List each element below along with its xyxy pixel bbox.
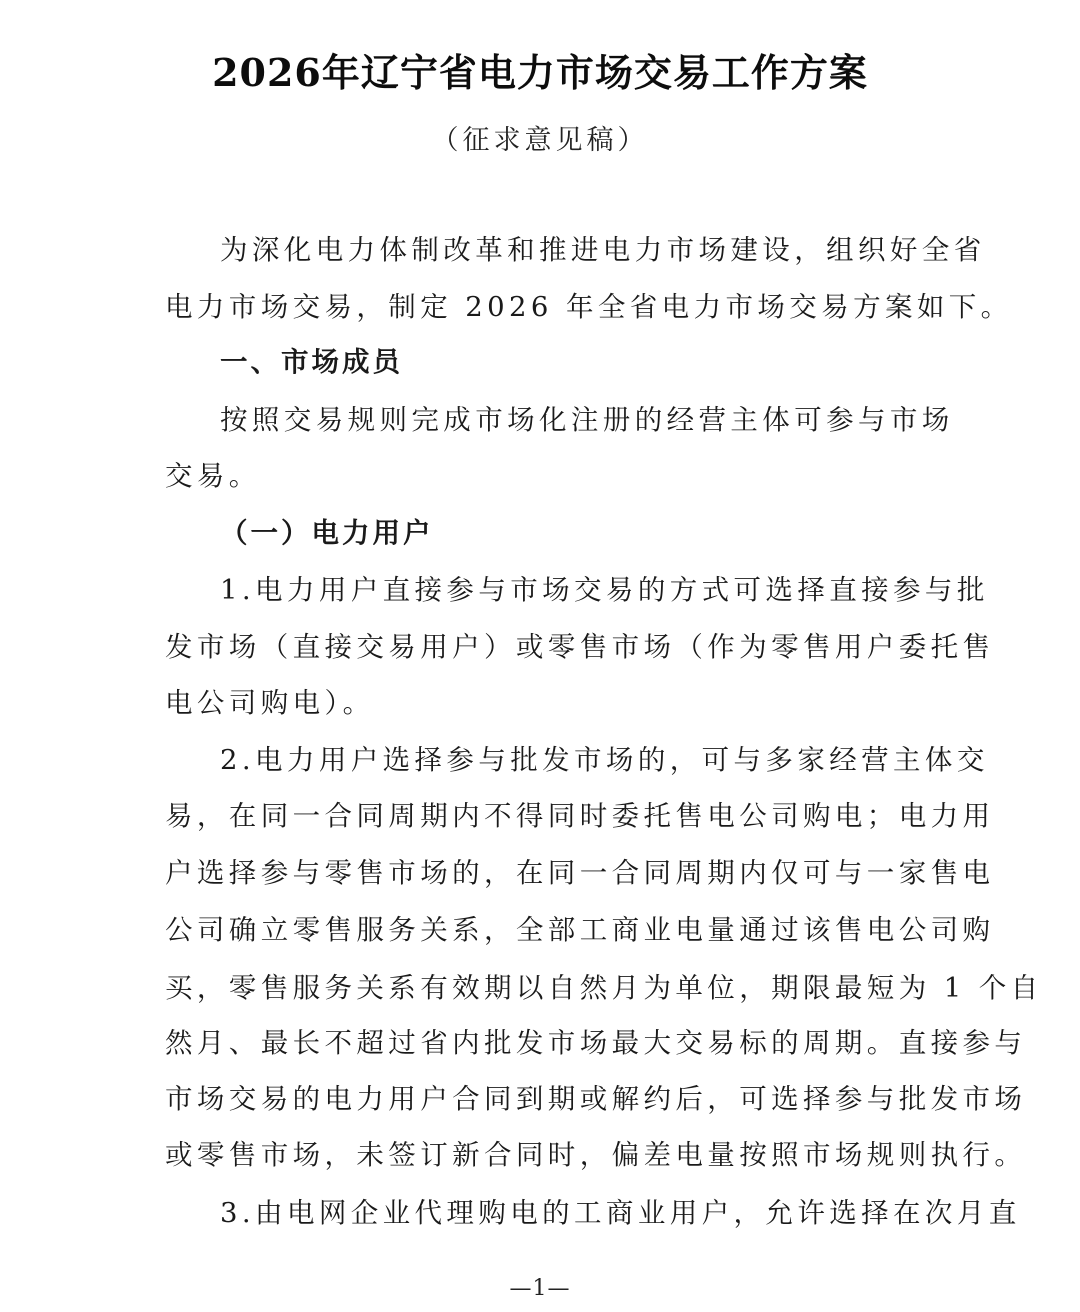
paragraph-line: 电公司购电）。 [165, 685, 917, 721]
paragraph-line: 发市场（直接交易用户）或零售市场（作为零售用户委托售 [165, 629, 917, 665]
paragraph-line: 交易。 [165, 458, 917, 494]
section-heading: （一）电力用户 [220, 515, 917, 551]
section-heading: 一、市场成员 [220, 344, 917, 380]
paragraph-line: 易，在同一合同周期内不得同时委托售电公司购电；电力用 [165, 798, 917, 834]
paragraph-line: 或零售市场，未签订新合同时，偏差电量按照市场规则执行。 [165, 1137, 917, 1173]
paragraph-line: 市场交易的电力用户合同到期或解约后，可选择参与批发市场 [165, 1081, 917, 1117]
paragraph-line: 电力市场交易，制定 2026 年全省电力市场交易方案如下。 [165, 289, 917, 325]
paragraph-line: 1.电力用户直接参与市场交易的方式可选择直接参与批 [220, 572, 917, 608]
paragraph-line: 2.电力用户选择参与批发市场的，可与多家经营主体交 [220, 742, 917, 778]
paragraph-line: 然月、最长不超过省内批发市场最大交易标的周期。直接参与 [165, 1025, 917, 1061]
paragraph-line: 公司确立零售服务关系，全部工商业电量通过该售电公司购 [165, 912, 917, 948]
paragraph-line: 户选择参与零售市场的，在同一合同周期内仅可与一家售电 [165, 855, 917, 891]
paragraph-line: 为深化电力体制改革和推进电力市场建设，组织好全省 [220, 232, 917, 268]
paragraph-line: 买，零售服务关系有效期以自然月为单位，期限最短为 1 个自 [165, 970, 917, 1006]
page-number: —1— [0, 1276, 1080, 1301]
paragraph-line: 3.由电网企业代理购电的工商业用户，允许选择在次月直 [220, 1195, 917, 1231]
document-subtitle: （征求意见稿） [0, 118, 1080, 157]
paragraph-line: 按照交易规则完成市场化注册的经营主体可参与市场 [220, 402, 917, 438]
document-title: 2026年辽宁省电力市场交易工作方案 [0, 42, 1080, 97]
